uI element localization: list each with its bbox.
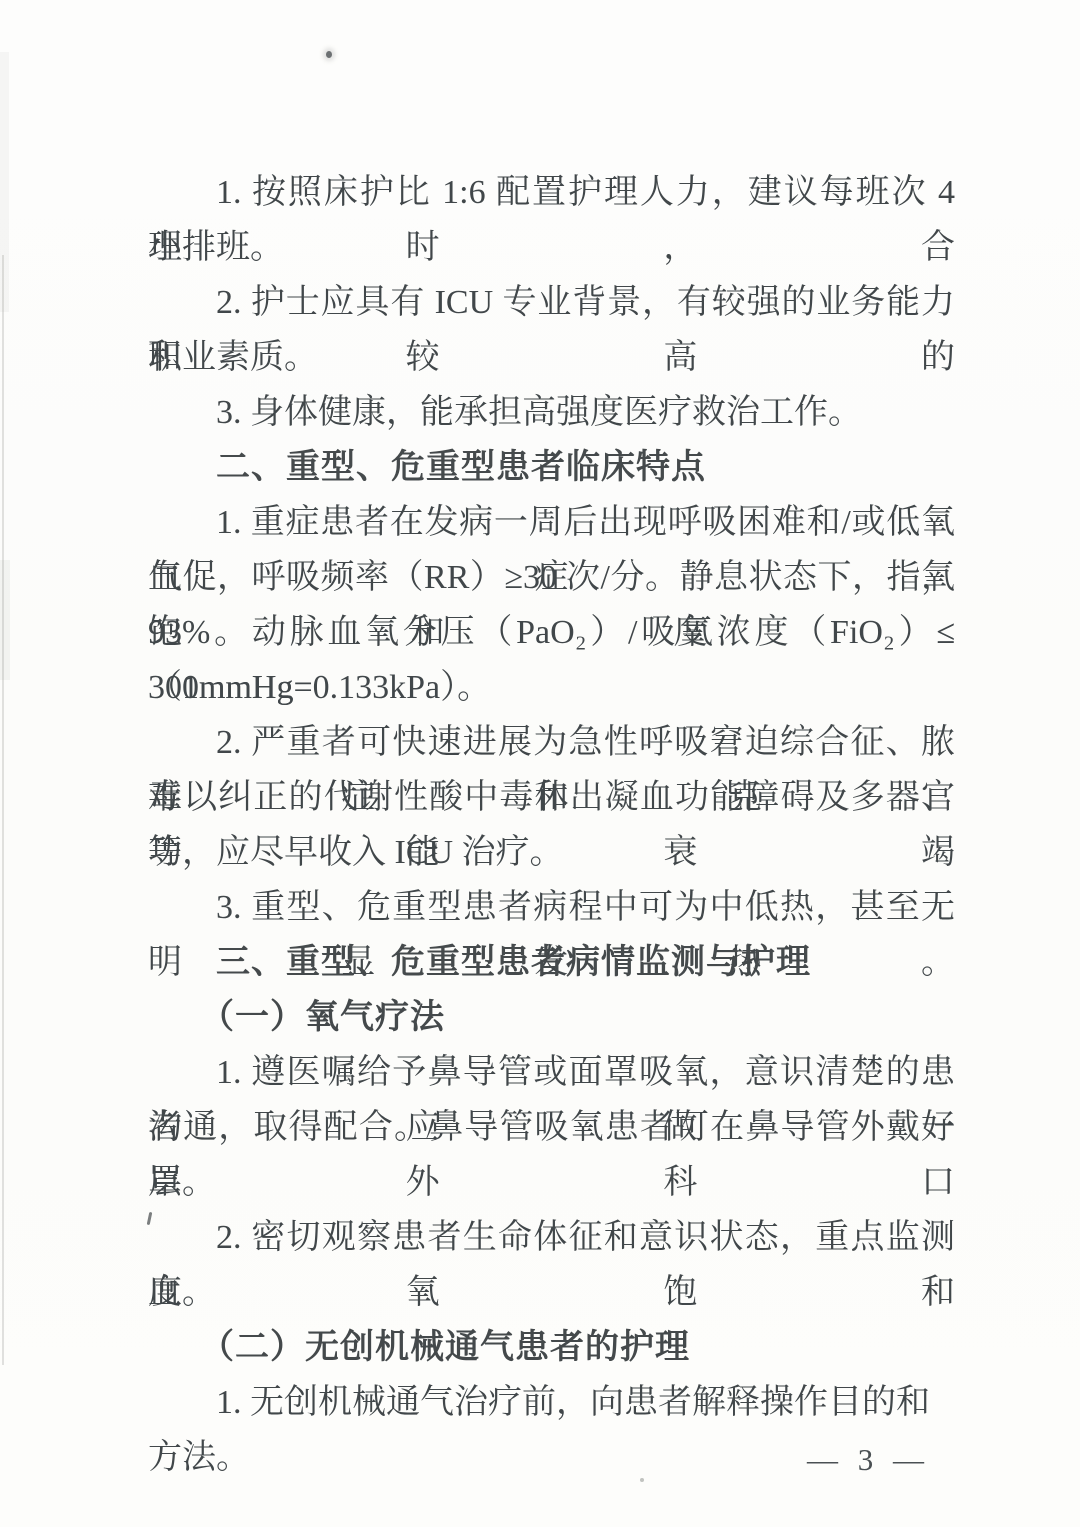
scan-edge-line	[2, 255, 4, 1365]
scanned-document-page: 1. 按照床护比 1:6 配置护理人力，建议每班次 4 小时，合 理排班。 2.…	[0, 0, 1080, 1527]
text-line: 2. 密切观察患者生命体征和意识状态，重点监测血氧饱和	[148, 1210, 955, 1265]
text-line: （1mmHg=0.133kPa）。	[148, 660, 955, 715]
text-line: 2. 护士应具有 ICU 专业背景，有较强的业务能力和较高的	[148, 275, 955, 330]
text-line: 1. 重症患者在发病一周后出现呼吸困难和/或低氧血症，	[148, 495, 955, 550]
text-line: 难以纠正的代谢性酸中毒和出凝血功能障碍及多器官功能衰竭	[148, 770, 955, 825]
text-line: 1. 无创机械通气治疗前，向患者解释操作目的和方法。	[148, 1375, 955, 1430]
text-line: 气促，呼吸频率（RR）≥30 次/分。静息状态下，指氧饱和度≤	[148, 550, 955, 605]
scan-speck	[326, 51, 332, 58]
text-line: 3. 身体健康，能承担高强度医疗救治工作。	[148, 385, 955, 440]
text-line: 93%。动脉血氧分压（PaO₂）/吸氧浓度（FiO₂）≤ 300mmHg	[148, 605, 955, 660]
scan-edge-artifact	[0, 560, 10, 680]
text-line: 2. 严重者可快速进展为急性呼吸窘迫综合征、脓毒症休克、	[148, 715, 955, 770]
text-line: 1. 遵医嘱给予鼻导管或面罩吸氧，意识清楚的患者应做好	[148, 1045, 955, 1100]
section-heading: 二、重型、危重型患者临床特点	[148, 440, 955, 495]
text-line: 3. 重型、危重型患者病程中可为中低热，甚至无明显发热。	[148, 880, 955, 935]
subsection-heading: （一）氧气疗法	[148, 990, 955, 1045]
text-line: 1. 按照床护比 1:6 配置护理人力，建议每班次 4 小时，合	[148, 165, 955, 220]
text-line: 沟通，取得配合。鼻导管吸氧患者可在鼻导管外戴一层外科口	[148, 1100, 955, 1155]
scan-speck	[640, 1478, 644, 1482]
subsection-heading: （二）无创机械通气患者的护理	[148, 1320, 955, 1375]
document-body: 1. 按照床护比 1:6 配置护理人力，建议每班次 4 小时，合 理排班。 2.…	[148, 165, 955, 1430]
page-number: — 3 —	[807, 1432, 930, 1487]
